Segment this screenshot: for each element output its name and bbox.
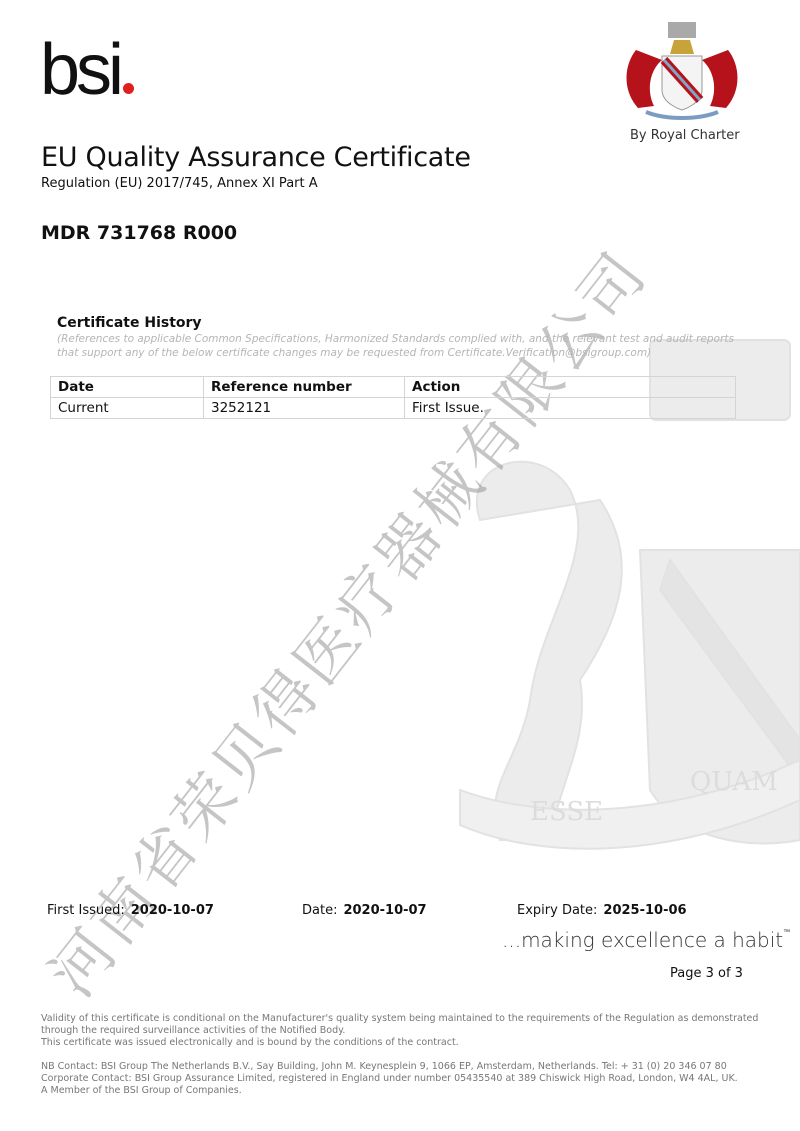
validity-statement: Validity of this certificate is conditio… — [41, 1013, 761, 1049]
royal-charter-crest-icon — [616, 20, 748, 124]
issue-date-value: 2020-10-07 — [343, 903, 426, 918]
issue-date-label: Date: — [302, 903, 337, 918]
column-header-action: Action — [405, 377, 736, 398]
trademark-mark: ™ — [783, 928, 790, 936]
validity-line: This certificate was issued electronical… — [41, 1037, 761, 1049]
cell-reference: 3252121 — [204, 398, 405, 419]
validity-line: through the required surveillance activi… — [41, 1025, 761, 1037]
first-issued-value: 2020-10-07 — [131, 903, 214, 918]
bsi-logo-dot — [123, 83, 134, 94]
column-header-reference: Reference number — [204, 377, 405, 398]
expiry-date: Expiry Date:2025-10-06 — [517, 903, 687, 918]
first-issued: First Issued:2020-10-07 — [47, 903, 214, 918]
group-membership: A Member of the BSI Group of Companies. — [41, 1085, 761, 1097]
table-header-row: Date Reference number Action — [51, 377, 736, 398]
certificate-title: EU Quality Assurance Certificate — [41, 142, 471, 173]
first-issued-label: First Issued: — [47, 903, 125, 918]
svg-text:QUAM: QUAM — [690, 767, 778, 797]
table-row: Current 3252121 First Issue. — [51, 398, 736, 419]
page-number: Page 3 of 3 — [670, 966, 743, 981]
expiry-date-label: Expiry Date: — [517, 903, 597, 918]
nb-contact: NB Contact: BSI Group The Netherlands B.… — [41, 1061, 761, 1073]
issue-date: Date:2020-10-07 — [302, 903, 427, 918]
corporate-contact: Corporate Contact: BSI Group Assurance L… — [41, 1073, 761, 1085]
cell-date: Current — [51, 398, 204, 419]
certificate-history-note: (References to applicable Common Specifi… — [57, 332, 747, 360]
slogan: ...making excellence a habit™ — [502, 928, 790, 952]
contact-details: NB Contact: BSI Group The Netherlands B.… — [41, 1061, 761, 1097]
expiry-date-value: 2025-10-06 — [603, 903, 686, 918]
cell-action: First Issue. — [405, 398, 736, 419]
regulation-subtitle: Regulation (EU) 2017/745, Annex XI Part … — [41, 176, 318, 191]
bsi-logo: bsi — [40, 34, 134, 106]
validity-line: Validity of this certificate is conditio… — [41, 1013, 761, 1025]
certificate-history-table: Date Reference number Action Current 325… — [50, 376, 736, 419]
svg-text:ESSE: ESSE — [530, 797, 603, 827]
column-header-date: Date — [51, 377, 204, 398]
certificate-history-heading: Certificate History — [57, 315, 202, 331]
certificate-number: MDR 731768 R000 — [41, 222, 237, 244]
royal-charter-caption: By Royal Charter — [630, 128, 740, 143]
